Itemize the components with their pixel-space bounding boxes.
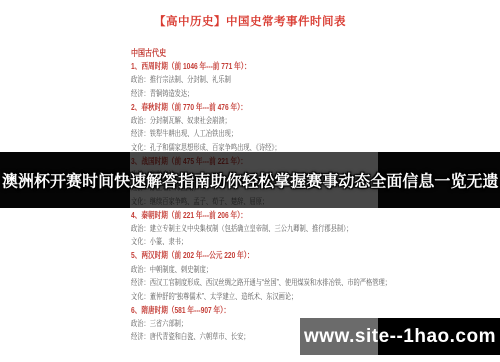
watermark-box: www.site--1hao.com [300, 318, 500, 355]
headline-overlay-band: 澳洲杯开赛时间快速解答指南助你轻松掌握赛事动态全面信息一览无遗 [0, 152, 500, 208]
timeline-line-detail: 政治：分封制瓦解、奴隶社会崩溃； [131, 114, 324, 128]
page-title: 【高中历史】中国史常考事件时间表 [0, 13, 500, 29]
timeline-line-period: 1、西周时期（前 1046 年---前 771 年）： [131, 60, 324, 74]
timeline-line-period: 6、隋唐时期（581 年---907 年）： [131, 303, 324, 317]
timeline-line-period: 5、两汉时期（前 202 年---公元 220 年）： [131, 249, 324, 263]
timeline-line-detail: 政治：三省六部制； [131, 316, 324, 330]
overlay-headline: 澳洲杯开赛时间快速解答指南助你轻松掌握赛事动态全面信息一览无遗 [2, 169, 498, 192]
timeline-line-detail: 经济：唐代青瓷和白瓷、六朝草市、长安； [131, 330, 324, 344]
timeline-line-period: 2、春秋时期（前 770 年---前 476 年）： [131, 100, 324, 114]
timeline-line-period: 4、秦朝时期（前 221 年---前 206 年）： [131, 208, 324, 222]
timeline-line-detail: 政治：建立专制主义中央集权制（包括确立皇帝制、三公九卿制、推行郡县制）； [131, 222, 324, 236]
timeline-line-title: 中国古代史 [131, 46, 324, 60]
timeline-line-detail: 文化：小篆、隶书； [131, 235, 324, 249]
timeline-line-detail: 文化：董仲舒的“独尊儒术”、太学建立、造纸术、东汉画论； [131, 289, 324, 303]
timeline-line-detail: 政治：中朝制度、刺史制度； [131, 262, 324, 276]
thumbnail-page: 【高中历史】中国史常考事件时间表 中国古代史1、西周时期（前 1046 年---… [0, 0, 500, 362]
timeline-line-detail: 经济：青铜铸造发达； [131, 87, 324, 101]
timeline-line-detail: 政治：推行宗法制、分封制、礼乐制 [131, 73, 324, 87]
watermark-url: www.site--1hao.com [304, 326, 496, 348]
timeline-line-detail: 经济：铁犁牛耕出现、人工冶铁出现； [131, 127, 324, 141]
timeline-line-detail: 经济：西汉工官制度形成、西汉丝绸之路开通与“丝国”、使用煤炭和水排冶铁、市的严格… [131, 276, 324, 290]
